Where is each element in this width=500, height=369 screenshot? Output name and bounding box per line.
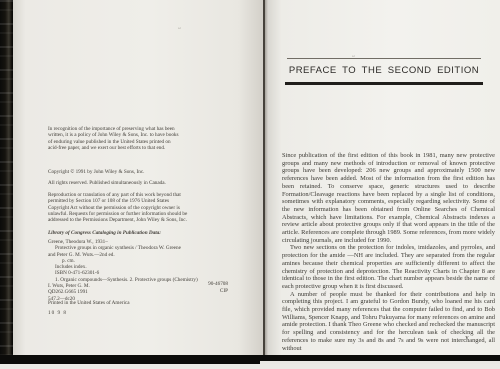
left-page: In recognition of the importance of pres… [13, 0, 263, 356]
printing-numbers: 10 9 8 [48, 310, 148, 316]
right-page: PREFACE TO THE SECOND EDITION Since publ… [263, 0, 500, 356]
bottom-scan-strip [0, 364, 500, 369]
preface-paragraph: Two new sections on the protection for i… [282, 244, 495, 290]
loc-control-number: 90-46708 [178, 281, 228, 287]
preface-body: Since publication of the first edition o… [282, 152, 495, 352]
cip-label: CIP [178, 288, 228, 294]
reproduction-notice: Reproduction or translation of any part … [48, 192, 191, 223]
copyright-line: Copyright © 1991 by John Wiley & Sons, I… [48, 169, 228, 175]
preface-paragraph: A number of people must be thanked for t… [282, 291, 495, 353]
header-rule-thick [285, 82, 483, 85]
book-scan: In recognition of the importance of pres… [0, 0, 500, 369]
acid-free-notice: In recognition of the importance of pres… [48, 126, 181, 151]
preface-title: PREFACE TO THE SECOND EDITION [285, 65, 483, 76]
loc-cataloging-heading: Library of Congress Cataloging in Public… [48, 230, 238, 236]
rights-line: All rights reserved. Published simultane… [48, 180, 238, 186]
printed-in-line: Printed in the United States of America [48, 300, 228, 306]
book-edge [0, 0, 13, 364]
book-edge-texture [0, 0, 13, 364]
preface-paragraph: Since publication of the first edition o… [282, 152, 495, 244]
page-number: v [457, 334, 477, 341]
bottom-scan-band [0, 355, 500, 364]
header-rule-thin [287, 58, 481, 59]
preface-header: PREFACE TO THE SECOND EDITION [285, 58, 483, 85]
